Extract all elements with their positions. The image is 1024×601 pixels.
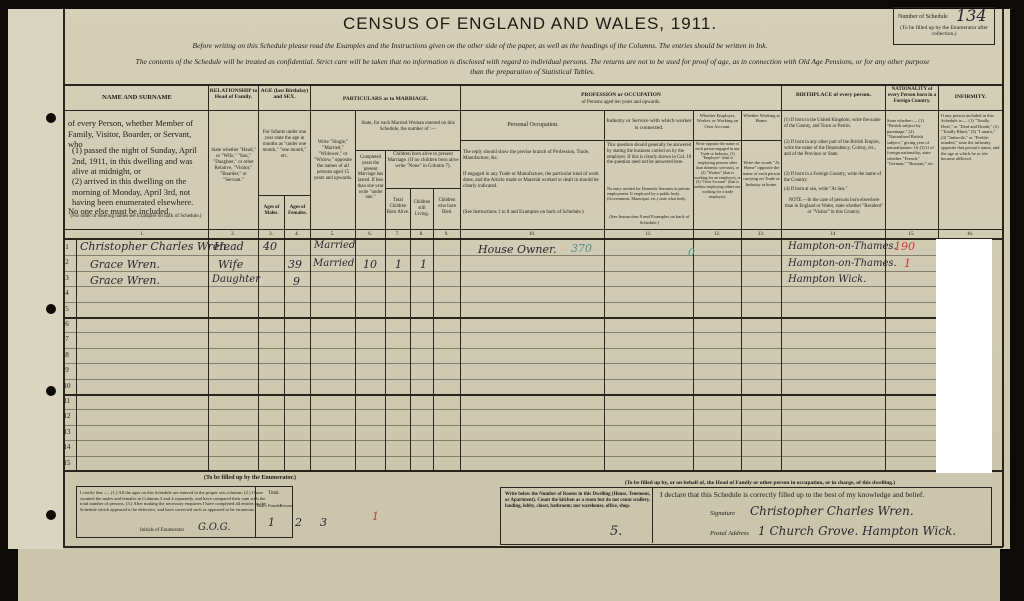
header-birthplace-desc-4: (4) If born at sea, write "At Sea." <box>784 187 884 193</box>
header-birthplace-desc-1: (1) If born in the United Kingdom, write… <box>784 118 884 130</box>
postal-address: 1 Church Grove. Hampton Wick. <box>758 524 956 538</box>
row-1-age-male: 40 <box>263 240 277 253</box>
header-nationality-desc: State whether:— (1) "British subject by … <box>887 118 937 167</box>
header-children-died: Children who have Died. <box>434 198 460 215</box>
header-name: NAME AND SURNAME <box>66 94 208 101</box>
row-divider <box>63 363 938 364</box>
header-birthplace-desc-2: (2) If born in any other part of the Bri… <box>784 140 884 157</box>
punch-hole <box>46 510 56 520</box>
schedule-number-label: Number of Schedule <box>898 14 948 20</box>
column-number: 16. <box>938 232 1002 237</box>
binding-strip <box>8 9 64 549</box>
column-number: 13. <box>741 232 781 237</box>
header-children-living: Children still Living. <box>411 200 433 217</box>
row-2-nationality-code: 1 <box>904 257 911 270</box>
row-divider <box>63 471 938 472</box>
row-2-age-female: 39 <box>288 258 302 271</box>
row-3-birthplace: Hampton Wick. <box>788 274 866 285</box>
row-divider <box>63 348 938 349</box>
enumerator-certify: I certify that :— (1.) All the ages on t… <box>80 490 272 512</box>
row-2-years: 10 <box>363 258 377 271</box>
row-number: 4 <box>58 289 76 297</box>
row-2-birthplace: Hampton-on-Thames. <box>788 258 897 269</box>
column-number: 7. <box>385 232 410 237</box>
header-employer: Whether Employer, Worker, or Working on … <box>694 113 741 129</box>
row-2-relationship: Wife <box>218 258 243 271</box>
row-3-name: Grace Wren. <box>90 274 160 287</box>
punch-hole <box>46 304 56 314</box>
row-number: 11 <box>58 397 76 405</box>
header-home-desc: Write the words "At Home" opposite the n… <box>742 160 781 187</box>
column-number: 4. <box>284 232 310 237</box>
header-personal-desc-2: If engaged in any Trade or Manufacture, … <box>463 172 603 190</box>
column-number: 15. <box>885 232 938 237</box>
header-relationship-desc: State whether "Head," or "Wife," "Son," … <box>210 148 257 184</box>
column-number: 12. <box>693 232 741 237</box>
header-children-total: Total Children Born Alive. <box>386 198 410 215</box>
row-divider <box>63 317 938 319</box>
address-label: Postal Address <box>710 530 749 538</box>
column-number: 11. <box>604 232 693 237</box>
total-females: 2 <box>295 516 302 529</box>
row-3-relationship: Daughter <box>212 274 260 285</box>
row-divider <box>63 440 938 441</box>
redacted-infirmity-column <box>936 239 992 473</box>
row-1-employer-mark: 0 <box>688 246 695 259</box>
row-1-occupation-code: 370 <box>571 242 592 255</box>
row-number: 7 <box>58 335 76 343</box>
row-number: 5 <box>58 305 76 313</box>
column-number: 1. <box>76 232 208 237</box>
header-name-desc-3: (2) arrived in this dwelling on the morn… <box>72 176 204 208</box>
row-3-age-female: 9 <box>293 275 300 288</box>
header-age-males: Ages of Males. <box>259 205 284 217</box>
header-industry-desc-2: No entry needed for Domestic Servants in… <box>607 186 692 201</box>
column-number: 6. <box>355 232 385 237</box>
row-number: 6 <box>58 320 76 328</box>
row-number: 1 <box>58 243 76 251</box>
header-home: Whether Working at Home. <box>742 113 781 124</box>
row-number: 15 <box>58 459 76 467</box>
header-employer-desc: Write opposite the name of each person e… <box>694 142 741 200</box>
initials-label: Initials of Enumerator <box>140 528 184 534</box>
header-occupation: PROFESSION or OCCUPATION <box>461 92 781 98</box>
row-2-name: Grace Wren. <box>90 258 160 271</box>
header-age-females: Ages of Females. <box>285 205 310 217</box>
column-number: 3. <box>258 232 284 237</box>
header-age-desc: For Infants under one year state the age… <box>260 130 309 160</box>
schedule-number: 134 <box>956 6 987 25</box>
column-number: 8. <box>410 232 433 237</box>
column-number: 10. <box>460 232 604 237</box>
persons-label: Persons. <box>280 504 292 509</box>
header-children: Children born alive to present Marriage.… <box>387 152 459 170</box>
punch-hole <box>46 386 56 396</box>
declaration: I declare that this Schedule is correctl… <box>660 490 980 499</box>
header-industry-desc-3: (See Instruction 9 and Examples on back … <box>607 214 692 225</box>
header-personal-desc-1: The reply should show the precise branch… <box>463 150 603 162</box>
header-married-woman: State, for each Married Woman entered on… <box>357 121 459 133</box>
row-1-name: Christopher Charles Wren. <box>80 240 230 253</box>
schedule-number-note: (To be filled up by the Enumerator after… <box>898 25 990 37</box>
row-number: 13 <box>58 428 76 436</box>
row-divider <box>63 379 938 380</box>
row-number: 12 <box>58 412 76 420</box>
header-name-desc-2: (1) passed the night of Sunday, April 2n… <box>72 145 204 177</box>
row-divider <box>63 425 938 426</box>
row-number: 14 <box>58 443 76 451</box>
header-name-desc-5: (For order of entering names see Example… <box>68 214 204 220</box>
header-birthplace-desc-3: (3) If born in a Foreign Country, write … <box>784 172 884 184</box>
row-divider <box>63 332 938 333</box>
header-infirmity: INFIRMITY. <box>939 94 1002 100</box>
header-infirmity-desc: If any person included in this Schedule … <box>941 113 1000 162</box>
page-title: CENSUS OF ENGLAND AND WALES, 1911. <box>300 14 760 34</box>
rooms-count: 5. <box>610 524 622 539</box>
head-heading: (To be filled up by, or on behalf of, th… <box>530 480 990 487</box>
row-1-birthplace: Hampton-on-Thames. <box>788 241 897 252</box>
schedule-number-box: Number of Schedule 134 (To be filled up … <box>893 7 995 45</box>
row-1-relationship: Head <box>214 240 244 253</box>
header-personal-desc-3: (See Instructions 1 to 8 and Examples on… <box>463 210 603 216</box>
signature: Christopher Charles Wren. <box>750 504 914 518</box>
header-occupation-sub: of Persons aged ten years and upwards. <box>461 100 781 106</box>
row-1-nationality-code: 190 <box>894 240 915 253</box>
header-marriage: PARTICULARS as to MARRIAGE. <box>311 96 460 102</box>
row-divider <box>63 302 938 303</box>
punch-hole <box>46 113 56 123</box>
header-industry-desc-1: This question should generally be answer… <box>607 143 692 166</box>
header-industry: Industry or Service with which worker is… <box>606 118 692 131</box>
row-2-marriage: Married <box>313 258 354 269</box>
instruction-line: Before writing on this Schedule please r… <box>70 41 890 50</box>
row-number: 2 <box>58 258 76 266</box>
column-number: 5. <box>310 232 355 237</box>
total-males: 1 <box>268 516 275 529</box>
enumerator-initials: G.O.G. <box>198 522 230 533</box>
row-2-children-living: 1 <box>420 258 427 271</box>
red-check-mark: 1 <box>372 510 379 523</box>
row-number: 9 <box>58 366 76 374</box>
total-persons: 3 <box>320 516 327 529</box>
page-fold-lower <box>18 549 1000 601</box>
row-divider <box>63 394 938 396</box>
header-nationality: NATIONALITY of every Person born in a Fo… <box>886 87 938 104</box>
females-label: Females. <box>268 504 280 509</box>
header-marriage-status: Write "Single," "Married," "Widower," or… <box>312 140 354 182</box>
column-number: 14 <box>781 232 885 237</box>
header-personal-occupation: Personal Occupation. <box>462 122 604 129</box>
row-2-children-total: 1 <box>395 258 402 271</box>
row-1-marriage: Married <box>314 240 355 251</box>
males-label: Males. <box>256 504 268 509</box>
confidential-line-2: than the preparation of Statistical Tabl… <box>70 67 995 76</box>
row-number: 10 <box>58 382 76 390</box>
total-label: Total. <box>256 491 292 497</box>
row-divider <box>63 456 938 457</box>
header-marriage-years: Completed years the present Marriage has… <box>356 155 385 201</box>
enumerator-heading: (To be filled up by the Enumerator.) <box>120 475 380 482</box>
confidential-line: The contents of the Schedule will be tre… <box>70 57 995 66</box>
row-divider <box>63 286 938 287</box>
row-number: 3 <box>58 274 76 282</box>
row-1-occupation: House Owner. <box>478 243 557 256</box>
row-divider <box>63 271 938 272</box>
row-number: 8 <box>58 351 76 359</box>
column-number: 9. <box>433 232 460 237</box>
header-birthplace: BIRTHPLACE of every person. <box>782 92 885 98</box>
rooms-label: Write below the Number of Rooms in this … <box>505 492 650 509</box>
header-birthplace-note: NOTE.—In the case of persons born elsewh… <box>784 198 884 215</box>
header-relationship: RELATIONSHIP to Head of Family. <box>209 88 258 101</box>
header-age: AGE (last Birthday) and SEX. <box>259 88 310 101</box>
row-divider <box>63 409 938 410</box>
signature-label: Signature <box>710 510 735 518</box>
column-number: 2. <box>208 232 258 237</box>
